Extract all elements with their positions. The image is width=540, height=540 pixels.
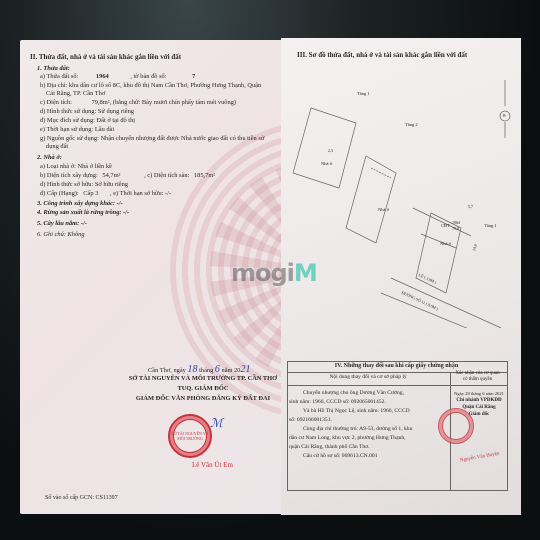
address-line-1: b) Địa chỉ: khu dân cư lô số 8C, khu đô … [40, 82, 261, 90]
map-dim-small: 2,3 [328, 148, 333, 153]
built-area-label: b) Diện tích xây dựng: [40, 172, 98, 179]
map-house-label-mid: Nhà ở [378, 207, 389, 213]
section-iv-title: IV. Những thay đổi sau khi cấp giấy chứn… [287, 363, 506, 371]
land-heading: 1. Thửa đất: [37, 65, 70, 73]
parcel-map-diagram [281, 38, 521, 328]
parcel-label: a) Thửa đất số: [40, 73, 78, 80]
map-dim-width: 5,7 [468, 204, 473, 209]
house-type: a) Loại nhà ở: Nhà ở liền kề [40, 163, 112, 171]
red-official-stamp: SỞ TÀI NGUYÊN VÀ MÔI TRƯỜNG [168, 414, 212, 458]
area-value: 79,8m², (bằng chữ: Bảy mươi chín phẩy tá… [92, 99, 236, 106]
grade-label: đ) Cấp (Hạng): [40, 190, 79, 197]
stamp-text: SỞ TÀI NGUYÊN VÀ MÔI TRƯỜNG [170, 431, 210, 441]
compass-north-label: B [503, 113, 506, 118]
signer-name: Lê Văn Út Em [192, 461, 233, 470]
map-floor1-top-label: Tầng 1 [357, 91, 370, 97]
issue-month: 6 [215, 364, 220, 375]
ownership-term: , e) Thời hạn sở hữu: -/- [110, 190, 171, 197]
grade: Cấp 3 [83, 190, 98, 197]
house-heading: 2. Nhà ở: [37, 154, 62, 162]
change-line-1: Chuyển nhượng cho ông Dương Văn Cường, [303, 390, 404, 397]
map-floor2-label: Tầng 2 [405, 122, 418, 128]
area-label: c) Diện tích: [40, 99, 72, 106]
date-prefix: Cần Thơ, ngày [148, 367, 186, 374]
change-line-4: số: 092166001351. [289, 417, 332, 424]
change-line-3: Và bà Hồ Thị Ngọc Lệ, sinh năm: 1966, CC… [303, 408, 410, 415]
map-floor1-right-label: Tầng 1 [484, 223, 497, 229]
parcel-line: a) Thửa đất số: 1964 , tờ bản đồ số: 7 [40, 73, 195, 81]
issue-day: 18 [187, 364, 197, 375]
area-line: c) Diện tích: 79,8m², (bằng chữ: Bảy mươ… [40, 99, 236, 107]
house-ownership: d) Hình thức sở hữu: Sở hữu riêng [40, 181, 128, 189]
area-built-line: b) Diện tích xây dựng: 54,7m² , c) Diện … [40, 172, 215, 180]
year-prefix: năm 20 [222, 367, 241, 374]
change-line-8: Căn cứ hồ sơ số: 069613.CN.001 [303, 453, 378, 460]
on-behalf-of: TUQ. GIÁM ĐỐC [128, 385, 278, 393]
section-ii-title: II. Thửa đất, nhà ở và tài sản khác gắn … [30, 53, 181, 62]
map-parcel-number: 1964 [452, 220, 460, 225]
handwritten-signature: ℳ [210, 416, 223, 431]
origin-line-1: g) Nguồn gốc sử dụng: Nhận chuyển nhượng… [40, 135, 264, 143]
map-sheet-number: 7 [192, 73, 195, 80]
origin-line-2: dụng đất [46, 143, 68, 151]
mogi-watermark: mogiM [231, 259, 317, 287]
map-house-label-upper: Nhà ở [321, 161, 332, 167]
map-sheet-label: , tờ bản đồ số: [130, 73, 166, 80]
address-line-2: Cái Răng, TP. Cần Thơ [46, 90, 105, 98]
col-content-header: Nội dung thay đổi và cơ sở pháp lý [287, 374, 449, 381]
map-house-label: Nhà ở [440, 241, 451, 247]
col-confirm-header-2: có thẩm quyền [449, 377, 506, 383]
map-parcel-area: 79,8 [452, 226, 459, 231]
grade-line: đ) Cấp (Hạng): Cấp 3 , e) Thời hạn sở hữ… [40, 190, 171, 198]
other-item-3: 3. Công trình xây dựng khác: -/- [37, 200, 123, 208]
registry-number: Số vào sổ cấp GCN: CS11397 [45, 495, 118, 503]
usage-purpose: đ) Mục đích sử dụng: Đất ở tại đô thị [40, 117, 135, 125]
parcel-number: 1964 [96, 73, 109, 80]
change-line-7: quận Cái Răng, thành phố Cần Thơ. [289, 444, 370, 451]
usage-form: d) Hình thức sử dụng: Sử dụng riêng [40, 108, 134, 116]
floor-area-label: , c) Diện tích sàn: [144, 172, 189, 179]
change-line-6: dân cư Nam Long, khu vực 2, phường Hưng … [289, 435, 406, 442]
confirm-office: Chi nhánh VPĐKĐĐ [449, 398, 509, 404]
change-line-5: Cùng địa chỉ thường trú: A9-53, đường số… [303, 426, 412, 433]
other-item-4: 4. Rừng sản xuất là rừng trồng: -/- [37, 209, 129, 217]
map-parcel-code: CĐT [441, 223, 450, 229]
branch-stamp [438, 408, 474, 444]
usage-term: e) Thời hạn sử dụng: Lâu dài [40, 126, 114, 134]
month-prefix: tháng [199, 367, 213, 374]
issue-year: 21 [241, 364, 251, 375]
signer-title: GIÁM ĐỐC VĂN PHÒNG ĐĂNG KÝ ĐẤT ĐAI [128, 395, 278, 403]
confirm-date: Ngày 28 tháng 6 năm 2021 [449, 391, 509, 397]
other-item-6: 6. Ghi chú: Không [37, 231, 85, 239]
built-area: 54,7m² [102, 172, 120, 179]
floor-area: 185,7m² [194, 172, 215, 179]
other-item-5: 5. Cây lâu năm: -/- [37, 220, 87, 228]
watermark-accent: M [294, 259, 317, 287]
change-line-2: sinh năm: 1966, CCCD số: 092065001452. [289, 399, 386, 406]
issuing-authority: SỞ TÀI NGUYÊN VÀ MÔI TRƯỜNG TP. CẦN THƠ [128, 375, 278, 383]
watermark-text: mogi [231, 259, 294, 287]
